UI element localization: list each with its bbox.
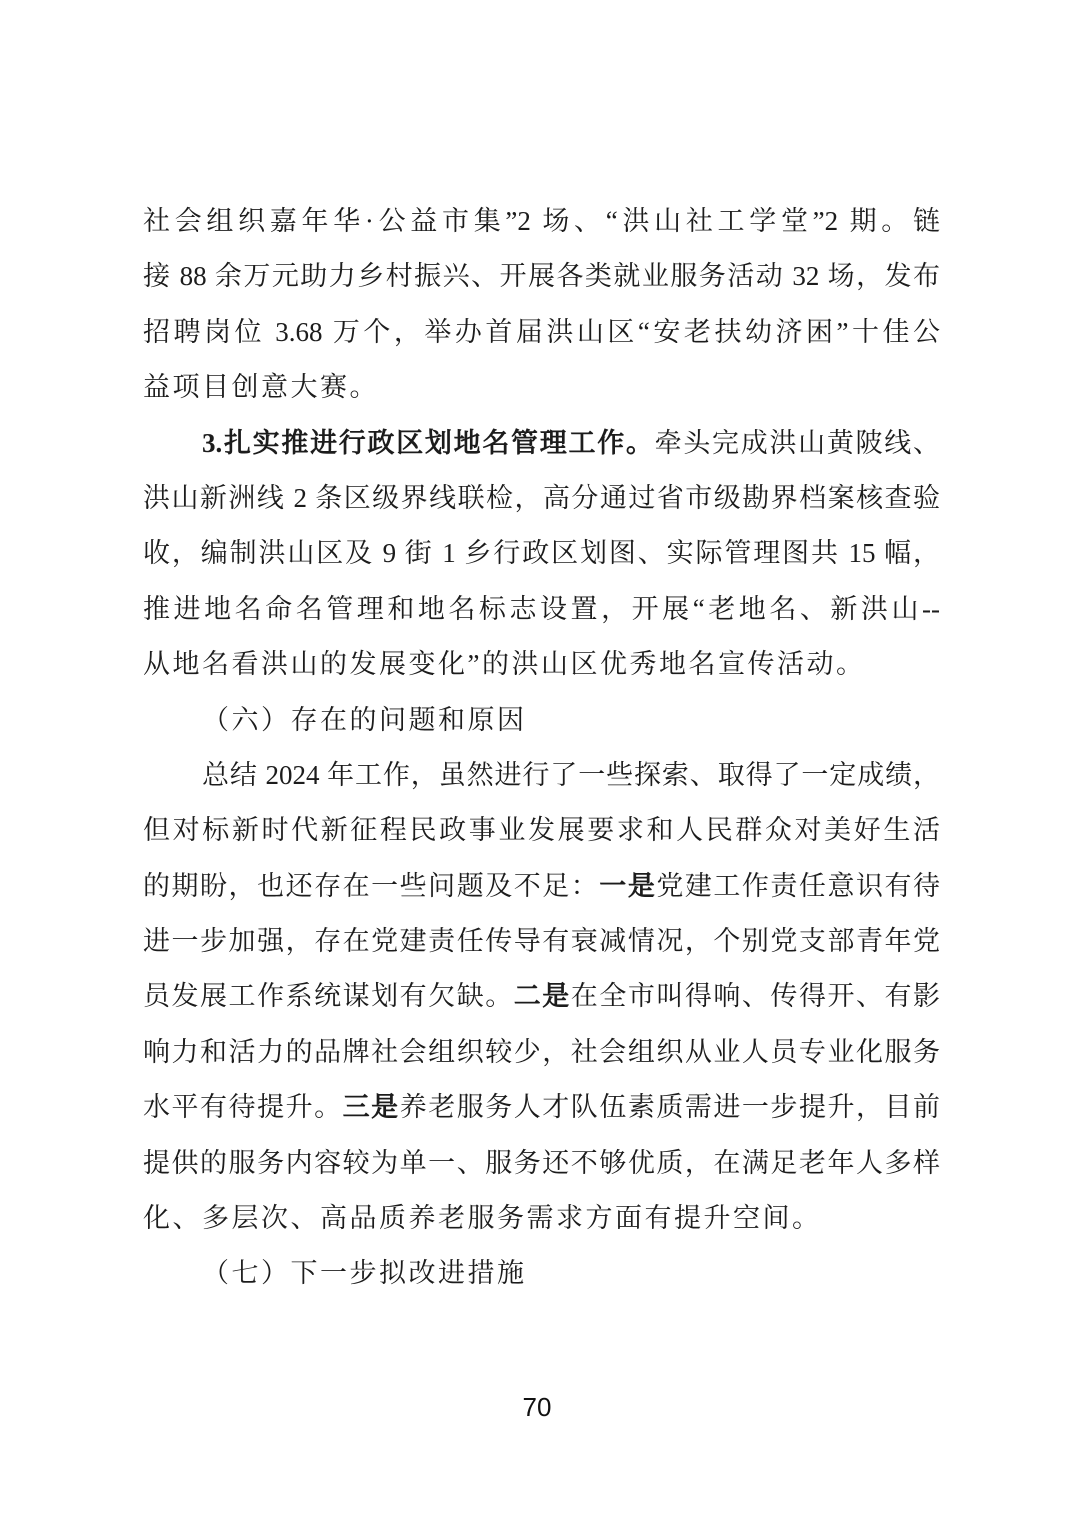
text-line: 员发展工作系统谋划有欠缺。二是在全市叫得响、传得开、有影 [143, 969, 940, 1024]
text-run: 进一步加强，存在党建责任传导有衰减情况，个别党支部青年党 [143, 926, 940, 956]
text-run: （六）存在的问题和原因 [202, 705, 527, 735]
page-number: 70 [0, 1392, 1074, 1423]
text-line: （七）下一步拟改进措施 [143, 1246, 940, 1301]
text-line: 进一步加强，存在党建责任传导有衰减情况，个别党支部青年党 [143, 914, 940, 969]
text-run: 接 88 余万元助力乡村振兴、开展各类就业服务活动 32 场，发布 [143, 261, 940, 291]
text-line: 提供的服务内容较为单一、服务还不够优质，在满足老年人多样 [143, 1136, 940, 1191]
text-line: 总结 2024 年工作，虽然进行了一些探索、取得了一定成绩， [143, 748, 940, 803]
text-line: 招聘岗位 3.68 万个，举办首届洪山区“安老扶幼济困”十佳公 [143, 305, 940, 360]
text-line: 但对标新时代新征程民政事业发展要求和人民群众对美好生活 [143, 803, 940, 858]
text-run: 益项目创意大赛。 [143, 372, 379, 402]
text-run: 总结 2024 年工作，虽然进行了一些探索、取得了一定成绩， [202, 760, 940, 790]
text-run: 从地名看洪山的发展变化”的洪山区优秀地名宣传活动。 [143, 649, 865, 679]
text-run: 的期盼，也还存在一些问题及不足： [143, 871, 599, 901]
text-run: 在全市叫得响、传得开、有影 [571, 981, 940, 1011]
text-line: 从地名看洪山的发展变化”的洪山区优秀地名宣传活动。 [143, 637, 940, 692]
text-run: 推进地名命名管理和地名标志设置，开展“老地名、新洪山-- [143, 594, 940, 624]
text-run: 牵头完成洪山黄陂线、 [655, 428, 940, 458]
text-line: 化、多层次、高品质养老服务需求方面有提升空间。 [143, 1191, 940, 1246]
bold-text-run: 三是 [343, 1092, 400, 1122]
document-body: 社会组织嘉年华·公益市集”2 场、“洪山社工学堂”2 期。链接 88 余万元助力… [143, 194, 940, 1302]
text-run: 招聘岗位 3.68 万个，举办首届洪山区“安老扶幼济困”十佳公 [143, 317, 940, 347]
text-run: 党建工作责任意识有待 [656, 871, 940, 901]
text-run: 化、多层次、高品质养老服务需求方面有提升空间。 [143, 1203, 822, 1233]
text-line: 的期盼，也还存在一些问题及不足：一是党建工作责任意识有待 [143, 859, 940, 914]
text-run: 响力和活力的品牌社会组织较少，社会组织从业人员专业化服务 [143, 1037, 940, 1067]
text-line: 社会组织嘉年华·公益市集”2 场、“洪山社工学堂”2 期。链 [143, 194, 940, 249]
text-run: 员发展工作系统谋划有欠缺。 [143, 981, 514, 1011]
document-page: 社会组织嘉年华·公益市集”2 场、“洪山社工学堂”2 期。链接 88 余万元助力… [0, 0, 1074, 1520]
text-line: 洪山新洲线 2 条区级界线联检，高分通过省市级勘界档案核查验 [143, 471, 940, 526]
bold-text-run: 一是 [599, 871, 656, 901]
text-run: 但对标新时代新征程民政事业发展要求和人民群众对美好生活 [143, 815, 940, 845]
text-line: （六）存在的问题和原因 [143, 693, 940, 748]
text-run: 养老服务人才队伍素质需进一步提升，目前 [400, 1092, 940, 1122]
text-line: 推进地名命名管理和地名标志设置，开展“老地名、新洪山-- [143, 582, 940, 637]
text-line: 接 88 余万元助力乡村振兴、开展各类就业服务活动 32 场，发布 [143, 249, 940, 304]
text-run: 收，编制洪山区及 9 街 1 乡行政区划图、实际管理图共 15 幅， [143, 538, 940, 568]
text-run: 水平有待提升。 [143, 1092, 343, 1122]
text-run: 提供的服务内容较为单一、服务还不够优质，在满足老年人多样 [143, 1148, 940, 1178]
bold-text-run: 二是 [514, 981, 571, 1011]
text-line: 收，编制洪山区及 9 街 1 乡行政区划图、实际管理图共 15 幅， [143, 526, 940, 581]
text-line: 3.扎实推进行政区划地名管理工作。牵头完成洪山黄陂线、 [143, 416, 940, 471]
text-line: 益项目创意大赛。 [143, 360, 940, 415]
bold-text-run: 3.扎实推进行政区划地名管理工作。 [202, 428, 655, 458]
text-run: （七）下一步拟改进措施 [202, 1258, 527, 1288]
text-line: 响力和活力的品牌社会组织较少，社会组织从业人员专业化服务 [143, 1025, 940, 1080]
text-line: 水平有待提升。三是养老服务人才队伍素质需进一步提升，目前 [143, 1080, 940, 1135]
text-run: 洪山新洲线 2 条区级界线联检，高分通过省市级勘界档案核查验 [143, 483, 940, 513]
text-run: 社会组织嘉年华·公益市集”2 场、“洪山社工学堂”2 期。链 [143, 206, 940, 236]
